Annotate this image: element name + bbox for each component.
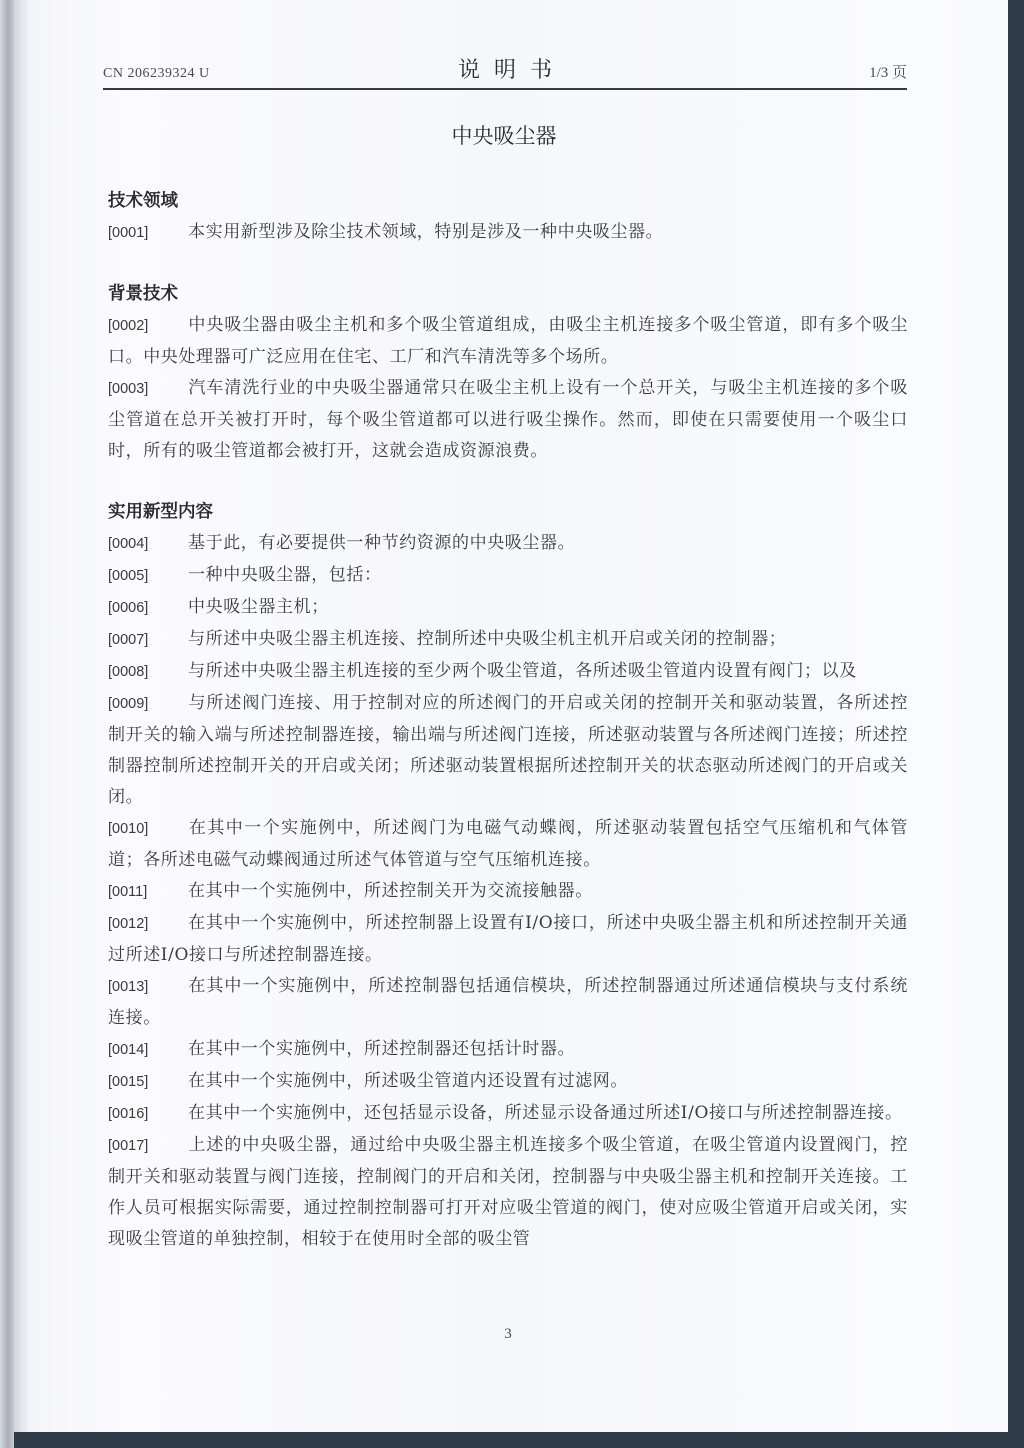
paragraph: [0013]在其中一个实施例中，所述控制器包括通信模块，所述控制器通过所述通信模… — [108, 971, 908, 1034]
paragraph: [0010]在其中一个实施例中，所述阀门为电磁气动蝶阀，所述驱动装置包括空气压缩… — [108, 813, 908, 876]
page-header: CN 206239324 U 说明书 1/3 页 — [103, 52, 907, 90]
section-heading: 背景技术 — [108, 279, 908, 310]
page-indicator: 1/3 页 — [869, 61, 907, 82]
paragraph-number: [0005] — [108, 561, 188, 592]
document-body: 技术领域 [0001]本实用新型涉及除尘技术领域，特别是涉及一种中央吸尘器。 背… — [108, 186, 908, 1255]
paragraph-text: 汽车清洗行业的中央吸尘器通常只在吸尘主机上设有一个总开关，与吸尘主机连接的多个吸… — [108, 378, 908, 461]
paragraph-number: [0014] — [108, 1035, 188, 1066]
paragraph-number: [0010] — [108, 814, 188, 845]
page-fold-shadow — [0, 0, 14, 1448]
paragraph-text: 在其中一个实施例中，所述控制关开为交流接触器。 — [188, 881, 593, 901]
paragraph-number: [0016] — [108, 1099, 188, 1130]
paragraph-number: [0013] — [108, 972, 188, 1003]
paragraph-text: 在其中一个实施例中，还包括显示设备，所述显示设备通过所述I/O接口与所述控制器连… — [188, 1103, 903, 1123]
paragraph: [0005]一种中央吸尘器，包括： — [108, 560, 908, 592]
paragraph-text: 在其中一个实施例中，所述控制器还包括计时器。 — [188, 1039, 575, 1059]
section-technical-field: 技术领域 [0001]本实用新型涉及除尘技术领域，特别是涉及一种中央吸尘器。 — [108, 186, 908, 249]
section-utility-model-content: 实用新型内容 [0004]基于此，有必要提供一种节约资源的中央吸尘器。 [000… — [108, 497, 908, 1255]
paragraph-text: 与所述阀门连接、用于控制对应的所述阀门的开启或关闭的控制开关和驱动装置，各所述控… — [108, 693, 908, 807]
paragraph-text: 在其中一个实施例中，所述阀门为电磁气动蝶阀，所述驱动装置包括空气压缩机和气体管道… — [108, 818, 908, 870]
paragraph-text: 本实用新型涉及除尘技术领域，特别是涉及一种中央吸尘器。 — [188, 222, 663, 242]
paragraph: [0015]在其中一个实施例中，所述吸尘管道内还设置有过滤网。 — [108, 1066, 908, 1098]
paragraph-number: [0002] — [108, 311, 188, 342]
paragraph-text: 在其中一个实施例中，所述控制器包括通信模块，所述控制器通过所述通信模块与支付系统… — [108, 976, 908, 1028]
paragraph-text: 与所述中央吸尘器主机连接的至少两个吸尘管道，各所述吸尘管道内设置有阀门；以及 — [188, 661, 857, 681]
paragraph: [0006]中央吸尘器主机； — [108, 592, 908, 624]
paragraph: [0007]与所述中央吸尘器主机连接、控制所述中央吸尘机主机开启或关闭的控制器； — [108, 624, 908, 656]
paragraph-number: [0004] — [108, 529, 188, 560]
paragraph: [0009]与所述阀门连接、用于控制对应的所述阀门的开启或关闭的控制开关和驱动装… — [108, 688, 908, 813]
document-type: 说明书 — [103, 53, 907, 84]
paragraph-number: [0007] — [108, 625, 188, 656]
paragraph-text: 在其中一个实施例中，所述控制器上设置有I/O接口，所述中央吸尘器主机和所述控制开… — [108, 913, 908, 965]
paragraph-number: [0008] — [108, 657, 188, 688]
paragraph-text: 基于此，有必要提供一种节约资源的中央吸尘器。 — [188, 533, 575, 553]
paragraph-text: 与所述中央吸尘器主机连接、控制所述中央吸尘机主机开启或关闭的控制器； — [188, 629, 786, 649]
paragraph: [0001]本实用新型涉及除尘技术领域，特别是涉及一种中央吸尘器。 — [108, 217, 908, 249]
paragraph-text: 中央吸尘器由吸尘主机和多个吸尘管道组成，由吸尘主机连接多个吸尘管道，即有多个吸尘… — [108, 315, 908, 367]
section-heading: 技术领域 — [108, 186, 908, 217]
paragraph: [0017]上述的中央吸尘器，通过给中央吸尘器主机连接多个吸尘管道，在吸尘管道内… — [108, 1130, 908, 1255]
paragraph-number: [0017] — [108, 1131, 188, 1162]
paragraph: [0016]在其中一个实施例中，还包括显示设备，所述显示设备通过所述I/O接口与… — [108, 1098, 908, 1130]
paragraph: [0004]基于此，有必要提供一种节约资源的中央吸尘器。 — [108, 528, 908, 560]
document-title: 中央吸尘器 — [0, 120, 1008, 150]
paragraph: [0011]在其中一个实施例中，所述控制关开为交流接触器。 — [108, 876, 908, 908]
paragraph: [0002]中央吸尘器由吸尘主机和多个吸尘管道组成，由吸尘主机连接多个吸尘管道，… — [108, 310, 908, 373]
paragraph-text: 中央吸尘器主机； — [188, 597, 329, 617]
paragraph-number: [0003] — [108, 374, 188, 405]
paragraph: [0003]汽车清洗行业的中央吸尘器通常只在吸尘主机上设有一个总开关，与吸尘主机… — [108, 373, 908, 467]
paragraph-number: [0009] — [108, 689, 188, 720]
section-heading: 实用新型内容 — [108, 497, 908, 528]
paragraph-number: [0012] — [108, 909, 188, 940]
page-number: 3 — [0, 1326, 1016, 1343]
paragraph-text: 一种中央吸尘器，包括： — [188, 565, 382, 585]
paragraph-number: [0015] — [108, 1067, 188, 1098]
paragraph: [0014]在其中一个实施例中，所述控制器还包括计时器。 — [108, 1034, 908, 1066]
document-page: CN 206239324 U 说明书 1/3 页 中央吸尘器 技术领域 [000… — [0, 0, 1008, 1432]
paragraph-text: 在其中一个实施例中，所述吸尘管道内还设置有过滤网。 — [188, 1071, 628, 1091]
paragraph-number: [0001] — [108, 218, 188, 249]
paragraph-text: 上述的中央吸尘器，通过给中央吸尘器主机连接多个吸尘管道，在吸尘管道内设置阀门，控… — [108, 1135, 908, 1249]
paragraph: [0012]在其中一个实施例中，所述控制器上设置有I/O接口，所述中央吸尘器主机… — [108, 908, 908, 971]
section-background: 背景技术 [0002]中央吸尘器由吸尘主机和多个吸尘管道组成，由吸尘主机连接多个… — [108, 279, 908, 467]
paragraph-number: [0011] — [108, 877, 188, 908]
paragraph: [0008]与所述中央吸尘器主机连接的至少两个吸尘管道，各所述吸尘管道内设置有阀… — [108, 656, 908, 688]
paragraph-number: [0006] — [108, 593, 188, 624]
